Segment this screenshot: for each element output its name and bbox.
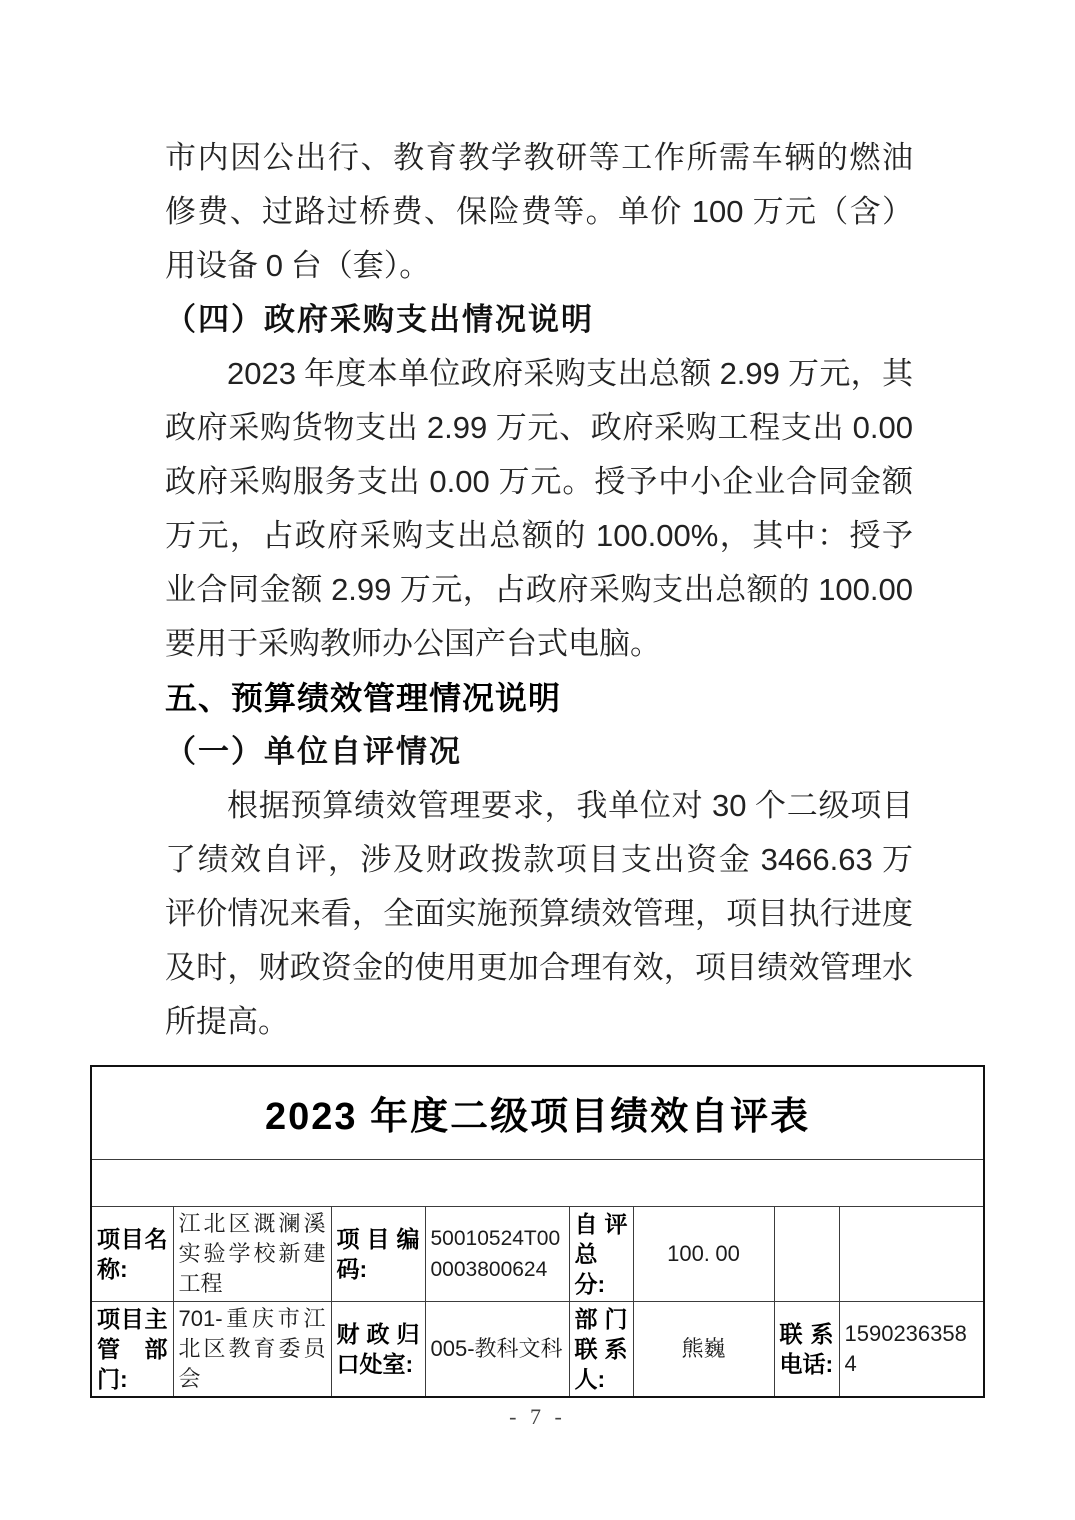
label-supervising-dept: 项目主管部门: [91, 1301, 173, 1397]
text-line: 根据预算绩效管理要求，我单位对 30 个二级项目开展 [165, 779, 913, 833]
label-project-name: 项目名称: [91, 1206, 173, 1301]
value-contact-phone: 15902363584 [839, 1301, 984, 1397]
document-page: 市内因公出行、教育教学教研等工作所需车辆的燃油费、维 修费、过路过桥费、保险费等… [0, 0, 1075, 1520]
value-contact-person: 熊巍 [633, 1301, 774, 1397]
text-line: 评价情况来看，全面实施预算绩效管理，项目执行进度更加 [165, 887, 913, 941]
value-supervising-dept: 701-重庆市江北区教育委员会 [173, 1301, 331, 1397]
text-line: 业合同金额 2.99 万元，占政府采购支出总额的 100.00 %。主 [165, 563, 913, 617]
text-line: 了绩效自评，涉及财政拨款项目支出资金 3466.63 万元。从 [165, 833, 913, 887]
empty-cell [774, 1206, 839, 1301]
label-project-code: 项目编码: [331, 1206, 425, 1301]
table-empty-row [91, 1159, 984, 1206]
value-finance-office: 005-教科文科 [425, 1301, 569, 1397]
text-line: 市内因公出行、教育教学教研等工作所需车辆的燃油费、维 [165, 131, 913, 185]
text-line: 所提高。 [165, 995, 913, 1049]
text-line: 要用于采购教师办公国产台式电脑。 [165, 617, 913, 671]
text-line: 万元，占政府采购支出总额的 100.00%，其中：授予小微企 [165, 509, 913, 563]
self-evaluation-table: 2023 年度二级项目绩效自评表 项目名称: 江北区溉澜溪实验学校新建工程 项目… [90, 1065, 983, 1398]
text-line: 政府采购货物支出 2.99 万元、政府采购工程支出 0.00 万元、 [165, 401, 913, 455]
value-self-score: 100. 00 [633, 1206, 774, 1301]
text-line: 政府采购服务支出 0.00 万元。授予中小企业合同金额 2.99 [165, 455, 913, 509]
text-line: 及时，财政资金的使用更加合理有效，项目绩效管理水平有 [165, 941, 913, 995]
label-contact-person: 部门联系人: [569, 1301, 633, 1397]
label-finance-office: 财政归口处室: [331, 1301, 425, 1397]
label-contact-phone: 联系电话: [774, 1301, 839, 1397]
label-self-score: 自评总分: [569, 1206, 633, 1301]
text-line: 2023 年度本单位政府采购支出总额 2.99 万元，其中： [165, 347, 913, 401]
value-project-name: 江北区溉澜溪实验学校新建工程 [173, 1206, 331, 1301]
text-line: 用设备 0 台（套）。 [165, 239, 913, 293]
table-title: 2023 年度二级项目绩效自评表 [91, 1066, 984, 1159]
section-heading-5: 五、预算绩效管理情况说明 [165, 671, 913, 725]
value-project-code: 50010524T000003800624 [425, 1206, 569, 1301]
subsection-heading-1: （一）单位自评情况 [165, 725, 913, 779]
text-line: 修费、过路过桥费、保险费等。单价 100 万元（含）以上专 [165, 185, 913, 239]
page-number: - 7 - [0, 1402, 1075, 1432]
body-text: 市内因公出行、教育教学教研等工作所需车辆的燃油费、维 修费、过路过桥费、保险费等… [165, 131, 913, 1049]
empty-cell [839, 1206, 984, 1301]
section-heading-4: （四）政府采购支出情况说明 [165, 293, 913, 347]
